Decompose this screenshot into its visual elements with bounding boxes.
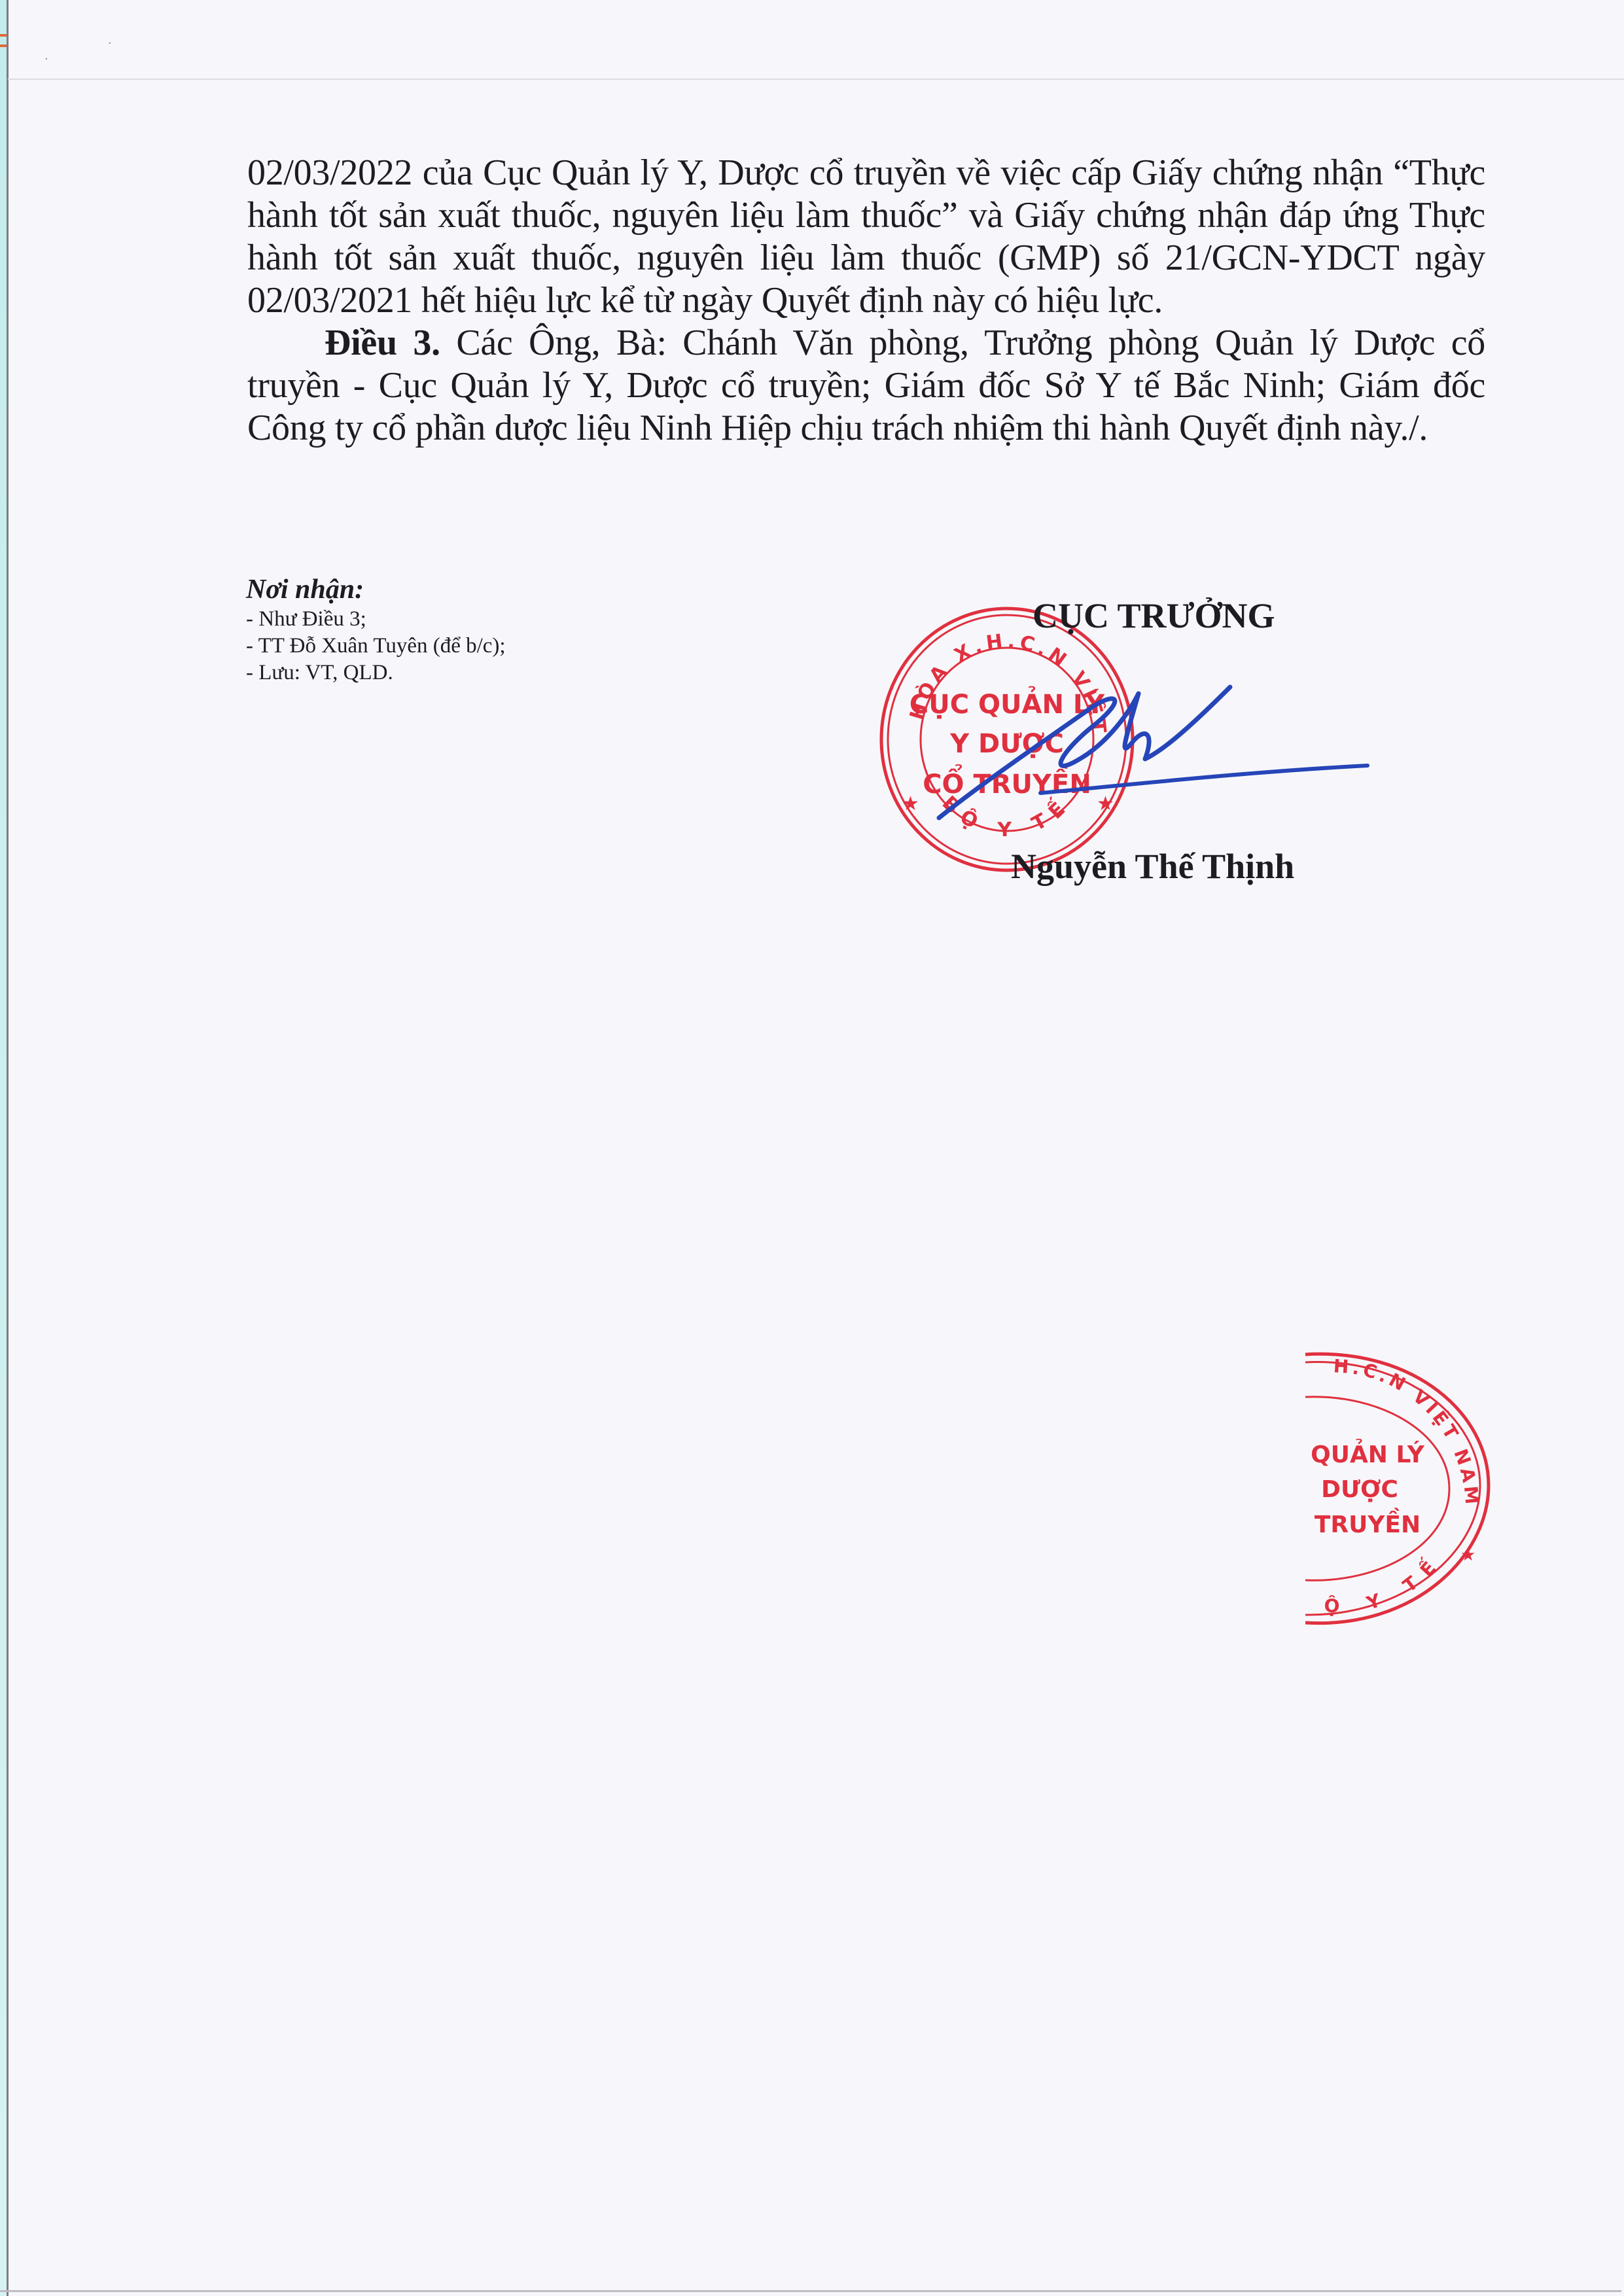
svg-text:Ộ Y TẾ: Ộ Y TẾ	[1324, 1547, 1448, 1617]
seal-star-icon: ★	[902, 792, 919, 815]
paragraph-article-2-tail: 02/03/2022 của Cục Quản lý Y, Dược cổ tr…	[247, 152, 1485, 322]
handwritten-signature-icon	[929, 680, 1387, 824]
recipient-item: - TT Đỗ Xuân Tuyên (để b/c);	[246, 633, 506, 660]
paragraph-text: 02/03/2022 của Cục Quản lý Y, Dược cổ tr…	[247, 152, 1485, 321]
seal-center-line: QUẢN LÝ	[1311, 1438, 1425, 1468]
signatory-name: Nguyễn Thế Thịnh	[1011, 846, 1294, 887]
seal-center-line: DƯỢC	[1321, 1476, 1398, 1503]
seal-ring-bottom-text: Ộ Y TẾ	[1324, 1547, 1448, 1617]
scan-edge-strip	[0, 0, 9, 2296]
signatory-title: CỤC TRƯỞNG	[1033, 595, 1275, 636]
partial-seal-icon: H.C.N VIỆT NAM Ộ Y TẾ ★ QUẢN LÝ DƯỢC TRU…	[1302, 1335, 1498, 1636]
recipients-list: - Như Điều 3; - TT Đỗ Xuân Tuyên (để b/c…	[246, 606, 506, 686]
decision-body: 02/03/2022 của Cục Quản lý Y, Dược cổ tr…	[247, 152, 1485, 450]
scan-crease-line	[8, 79, 1624, 80]
seal-star-icon: ★	[1460, 1545, 1475, 1565]
scan-edge-band	[0, 44, 7, 47]
scan-edge-band	[0, 34, 7, 37]
article-3-heading: Điều 3.	[325, 323, 440, 363]
scan-speck: ·	[44, 52, 48, 66]
recipients-block: Nơi nhận: - Như Điều 3; - TT Đỗ Xuân Tuy…	[246, 573, 506, 686]
scan-bottom-edge	[0, 2290, 1621, 2292]
seal-center-line: TRUYỀN	[1315, 1508, 1421, 1538]
recipient-item: - Như Điều 3;	[246, 606, 506, 633]
scan-speck: ·	[108, 37, 112, 50]
paragraph-article-3: Điều 3. Các Ông, Bà: Chánh Văn phòng, Tr…	[247, 322, 1485, 450]
recipient-item: - Lưu: VT, QLD.	[246, 660, 506, 686]
recipients-title: Nơi nhận:	[246, 573, 506, 606]
